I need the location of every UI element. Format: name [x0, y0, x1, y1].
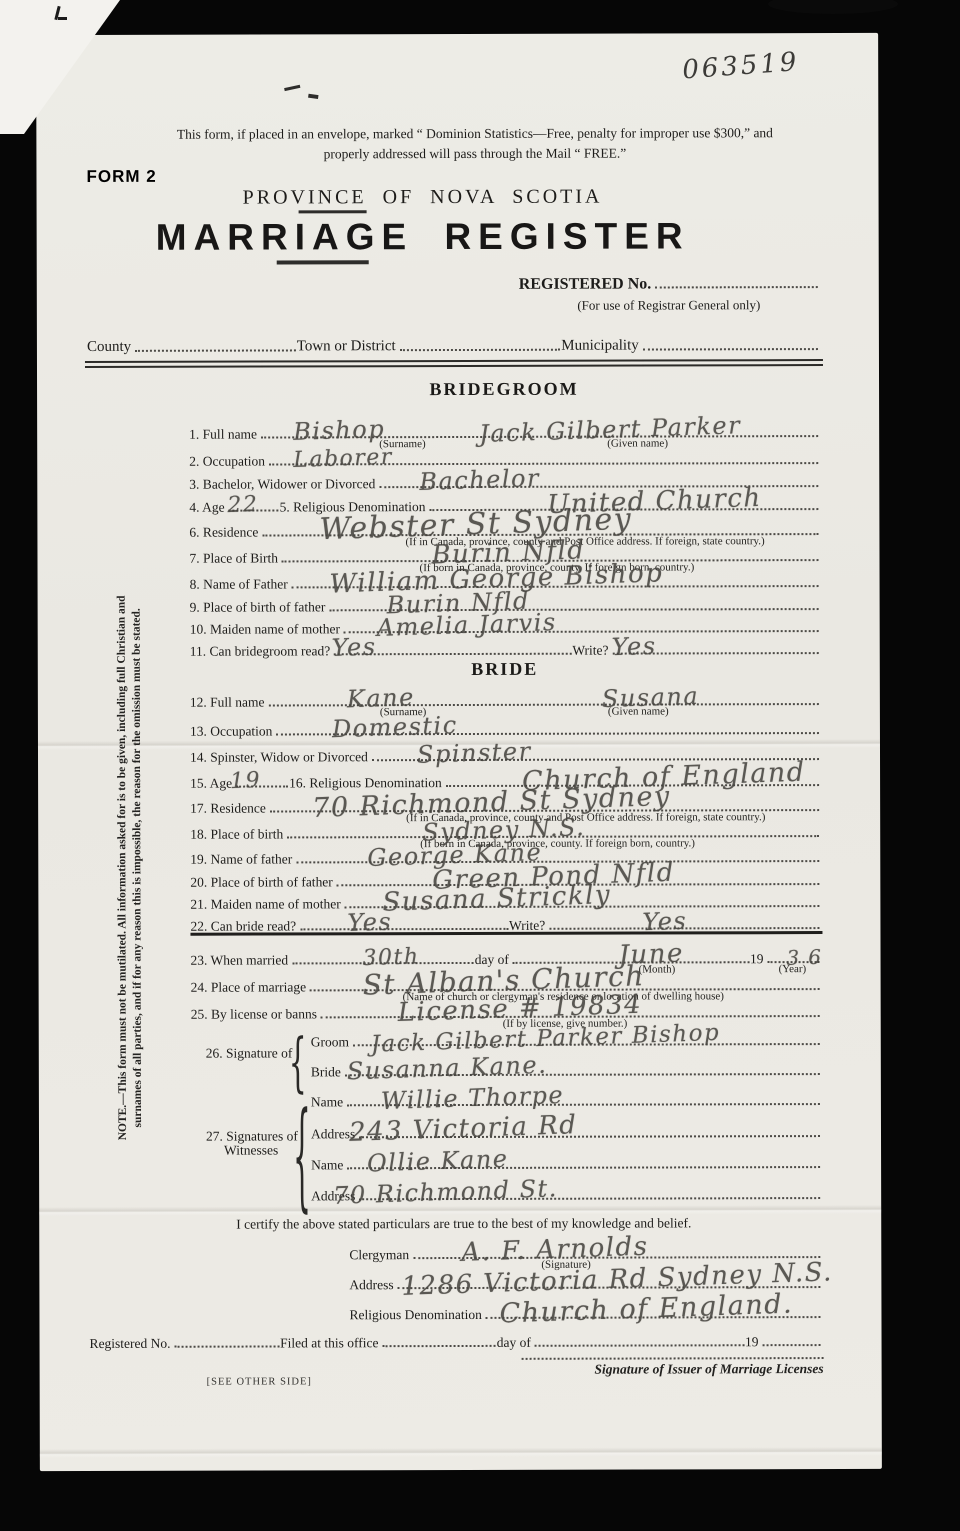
county-row: County Town or District Municipality [87, 335, 819, 355]
dotted-leader [643, 348, 818, 350]
mail-note-line1: This form, if placed in an envelope, mar… [126, 123, 823, 145]
pen-mark [284, 85, 300, 91]
bride-residence-row: 17. Residence (If in Canada, province, c… [190, 796, 820, 816]
clergyman-denomination-label: Religious Denomination [349, 1307, 484, 1322]
section-divider [190, 931, 822, 936]
bride-fullname-label: 12. Full name [190, 695, 268, 710]
groom-surname-value: Bishop [293, 415, 386, 446]
place-of-marriage-row: 24. Place of marriage (Name of church or… [191, 975, 821, 995]
bride-occupation-row: 13. Occupation Domestic [190, 719, 820, 739]
bride-given-value: Susana [601, 682, 699, 713]
groom-birthplace-label: 7. Place of Birth [189, 550, 281, 565]
brace-witnesses [293, 1086, 311, 1225]
form-page: 063519 This form, if placed in an envelo… [36, 33, 882, 1471]
bridegroom-section-title: BRIDEGROOM [189, 378, 819, 401]
marriage-year-value: 36 [786, 944, 830, 969]
clergyman-denomination-row: Religious Denomination Church of England… [349, 1303, 821, 1322]
bride-occupation-label: 13. Occupation [190, 723, 276, 738]
groom-fullname-label: 1. Full name [189, 427, 260, 442]
bride-mother-row: 21. Maiden name of mother Susana Strickl… [190, 892, 820, 912]
groom-given-value: Jack Gilbert Parker [479, 411, 742, 448]
side-note: NOTE.—This form must not be mutilated. A… [114, 546, 146, 1190]
bride-mother-value: Susana Strickly [382, 880, 612, 918]
witness1-name-row: Name Willie Thorpe [311, 1090, 821, 1109]
dotted-leader [400, 349, 561, 351]
clergyman-address-label: Address [349, 1277, 396, 1292]
bride-write-label: Write? [509, 918, 548, 933]
groom-occupation-label: 2. Occupation [189, 453, 268, 468]
ink-smudge [299, 210, 367, 213]
province-heading: PROVINCE OF NOVA SCOTIA [37, 185, 809, 210]
place-of-marriage-label: 24. Place of marriage [191, 979, 309, 994]
footer-registered-label: Registered No. [90, 1336, 174, 1351]
witnesses-label-line2: Witnesses [224, 1142, 281, 1157]
license-row: 25. By license or banns (If by license, … [191, 1002, 821, 1022]
bride-section-title: BRIDE [190, 658, 820, 681]
bride-surname-value: Kane [346, 683, 415, 713]
bride-read-label: 22. Can bride read? [190, 918, 299, 933]
groom-status-value: Bachelor [419, 464, 541, 496]
dotted-leader [175, 1345, 280, 1347]
dotted-leader [300, 928, 508, 931]
section-divider [85, 359, 823, 368]
when-married-label: 23. When married [191, 952, 292, 967]
registrar-note: (For use of Registrar General only) [519, 297, 819, 314]
bride-birthplace-label: 18. Place of birth [190, 826, 286, 841]
paper-crease [40, 1447, 882, 1458]
bride-residence-label: 17. Residence [190, 800, 269, 815]
county-label: County [87, 340, 134, 355]
groom-mother-value: Amelia Jarvis [376, 608, 557, 642]
groom-age-value: 22 [227, 492, 259, 518]
witness1-address-value: 243 Victoria Rd [349, 1110, 578, 1148]
license-label: 25. By license or banns [191, 1006, 320, 1021]
document-scan: 063519 This form, if placed in an envelo… [0, 0, 960, 1531]
witness1-name-value: Willie Thorpe [380, 1081, 564, 1115]
page-title: MARRIAGE REGISTER [37, 215, 809, 259]
registered-no-label: REGISTERED No. [519, 276, 655, 291]
bride-age-label: 15. Age [190, 776, 235, 791]
registered-no-row: REGISTERED No. [519, 276, 819, 292]
issuer-signature-caption: Signature of Issuer of Marriage Licenses [522, 1361, 824, 1378]
witnesses-label-line1: 27. Signatures of [206, 1128, 301, 1143]
groom-residence-label: 6. Residence [189, 525, 261, 540]
bride-father-label: 19. Name of father [190, 851, 295, 866]
groom-father-label: 8. Name of Father [190, 576, 291, 591]
municipality-label: Municipality [561, 339, 642, 354]
ink-smudge [277, 260, 369, 264]
pen-mark [308, 94, 318, 99]
side-note-line2: surnames of all parties, and if for any … [129, 546, 145, 1190]
bride-status-label: 14. Spinster, Widow or Divorced [190, 749, 371, 764]
groom-occupation-value: Laborer [293, 445, 393, 473]
bride-fullname-row: 12. Full name (Surname) (Given name) Kan… [190, 690, 820, 710]
groom-mother-label: 10. Maiden name of mother [190, 621, 343, 636]
groom-father-birthplace-label: 9. Place of birth of father [190, 599, 329, 614]
bride-status-value: Spinster [417, 737, 532, 769]
certify-statement: I certify the above stated particulars a… [236, 1215, 694, 1231]
witness1-address-row: Address 243 Victoria Rd [311, 1122, 821, 1141]
clergyman-signature-value: A. F. Arnolds [461, 1232, 649, 1268]
pen-mark [58, 17, 67, 20]
signature-of-label: 26. Signature of [206, 1045, 296, 1060]
witness1-name-label: Name [311, 1094, 346, 1109]
groom-write-label: Write? [572, 643, 611, 658]
form-number-label: FORM 2 [86, 167, 156, 187]
mail-note-line2: properly addressed will pass through the… [126, 143, 823, 165]
clergyman-label: Clergyman [349, 1247, 412, 1262]
bride-religion-label: 16. Religious Denomination [289, 775, 445, 790]
dotted-leader [135, 349, 296, 351]
bride-mother-label: 21. Maiden name of mother [190, 896, 343, 911]
see-other-side-note: [SEE OTHER SIDE] [207, 1376, 312, 1387]
groom-status-label: 3. Bachelor, Widower or Divorced [189, 476, 378, 491]
witness2-name-label: Name [311, 1157, 346, 1172]
issuer-signature-line [522, 1339, 824, 1360]
bride-age-value: 19 [230, 768, 262, 794]
witness2-address-row: Address 70 Richmond St. [311, 1184, 821, 1203]
groom-write-value: Yes [611, 632, 657, 662]
witness2-address-value: 70 Richmond St. [333, 1174, 559, 1210]
bride-occupation-value: Domestic [331, 711, 458, 743]
groom-fullname-row: 1. Full name (Surname) (Given name) Bish… [189, 422, 819, 442]
bride-signature-value: Susanna Kane. [346, 1051, 547, 1086]
groom-signature-row: Groom Jack Gilbert Parker Bishop [311, 1030, 821, 1049]
paper-crease [39, 1205, 881, 1216]
bride-signature-row: Bride Susanna Kane. [311, 1060, 821, 1079]
side-note-line1: NOTE.—This form must not be mutilated. A… [114, 546, 130, 1190]
groom-mother-row: 10. Maiden name of mother Amelia Jarvis [190, 617, 820, 637]
dotted-leader [382, 1345, 495, 1347]
town-district-label: Town or District [297, 339, 399, 354]
bride-signature-label: Bride [311, 1064, 344, 1079]
groom-signature-label: Groom [311, 1034, 352, 1049]
dotted-leader [655, 286, 818, 288]
year-prefix: 19 [750, 951, 767, 966]
groom-read-value: Yes [331, 633, 377, 663]
groom-residence-row: 6. Residence (If in Canada, province, co… [189, 520, 819, 540]
witness2-name-value: Ollie Kane [367, 1145, 509, 1178]
handwritten-doc-number: 063519 [681, 47, 800, 85]
groom-literacy-row: 11. Can bridegroom read? Write? Yes Yes [190, 639, 820, 659]
bride-father-birthplace-label: 20. Place of birth of father [190, 874, 335, 889]
scan-smudge [768, 0, 898, 14]
groom-read-label: 11. Can bridegroom read? [190, 643, 333, 658]
groom-age-label: 4. Age [189, 500, 227, 515]
witness2-name-row: Name Ollie Kane [311, 1153, 821, 1172]
filed-label: Filed at this office [280, 1335, 381, 1350]
